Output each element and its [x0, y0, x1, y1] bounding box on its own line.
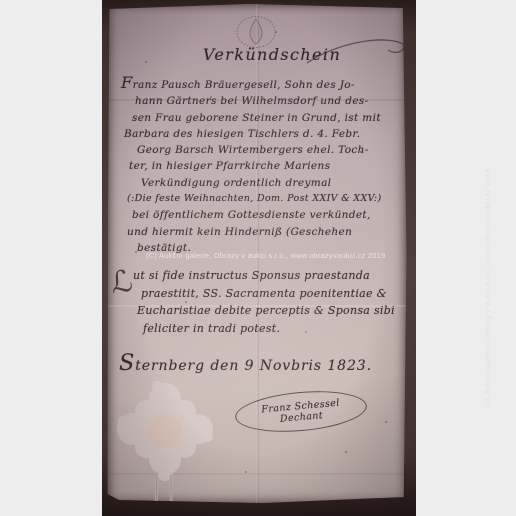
- handwritten-line: Eucharistiae debite perceptis & Sponsa s…: [133, 302, 409, 320]
- handwritten-line: ter, in hiesiger Pfarrkirche Mariens: [121, 158, 409, 174]
- handwritten-line: Verkündigung ordentlich dreymal: [121, 175, 409, 191]
- handwritten-line: und hiermit kein Hinderniß (Geschehen: [121, 224, 409, 240]
- handwritten-line: bei öffentlichem Gottesdienste verkündet…: [121, 207, 409, 223]
- document-photo: Verkündschein Franz Pausch Bräuergesell,…: [102, 0, 416, 516]
- signature-block: Franz Schessel Dechant: [235, 392, 375, 434]
- handwritten-line: feliciter in tradi potest.: [133, 320, 409, 338]
- body-paragraph: Franz Pausch Bräuergesell, Sohn des Jo- …: [121, 75, 409, 256]
- handwritten-line: (:Die feste Weihnachten, Dom. Post XXIV …: [121, 191, 409, 207]
- paper-specks: [107, 3, 109, 5]
- document-title: Verkündschein: [167, 45, 377, 64]
- handwritten-line: Barbara des hiesigen Tischlers d. 4. Feb…: [121, 126, 409, 142]
- watermark-text: (C) Aukční galerie, Obrazy v aukci s.r.o…: [146, 251, 374, 260]
- handwritten-line: Franz Pausch Bräuergesell, Sohn des Jo-: [121, 75, 409, 93]
- dateline: Sternberg den 9 Novbris 1823.: [119, 350, 411, 376]
- handwritten-line: hann Gärtners bei Wilhelmsdorf und des-: [121, 93, 409, 109]
- signature-title: Dechant: [280, 410, 324, 425]
- handwritten-line: sen Frau geborene Steiner in Grund, ist …: [121, 110, 409, 126]
- handwritten-line: praestitit, SS. Sacramenta poenitentiae …: [133, 285, 409, 303]
- watermark-text-vertical: (C) Aukční galerie, Obrazy v aukci s.r.o…: [483, 118, 492, 408]
- handwritten-line: Georg Barsch Wirtembergers ehel. Toch-: [121, 142, 409, 158]
- latin-paragraph: ut si fide instructus Sponsus praestanda…: [133, 267, 409, 337]
- pen-flourish-glyph: ℒ: [109, 264, 135, 302]
- signature-oval: Franz Schessel Dechant: [234, 386, 369, 436]
- paper-wafer-seal-icon: [113, 381, 223, 515]
- auction-listing-photo: Verkündschein Franz Pausch Bräuergesell,…: [0, 0, 516, 516]
- handwritten-line: ut si fide instructus Sponsus praestanda: [133, 267, 409, 285]
- embossed-seal-icon: [235, 15, 277, 49]
